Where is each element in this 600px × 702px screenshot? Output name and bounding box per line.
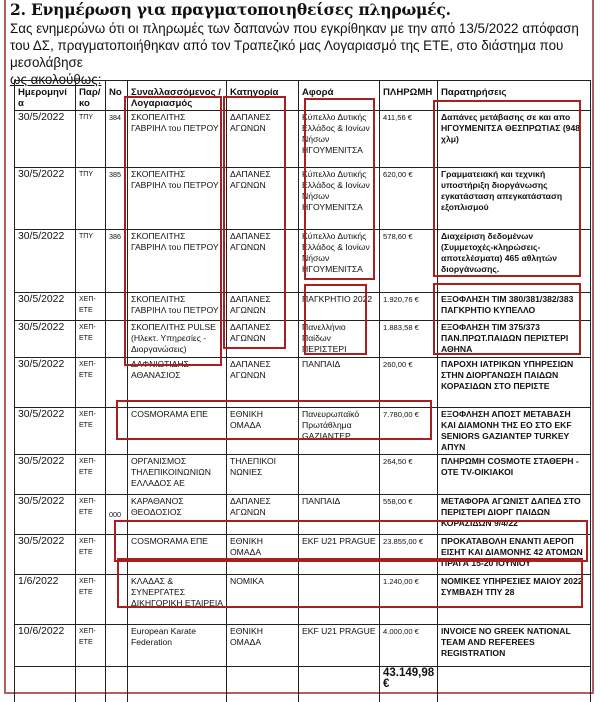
table-row: 30/5/2022ΤΠΥ384ΣΚΟΠΕΛΙΤΗΣ ΓΑΒΡΙΗΛ του ΠΕ… xyxy=(15,111,591,168)
category-cell: ΔΑΠΑΝΕΣ ΑΓΩΝΩΝ xyxy=(227,230,299,293)
table-header-row: Ημερομηνί α Παρ/ κο Νο Συναλλασσόμενος /… xyxy=(15,81,591,111)
par-cell: ΤΠΥ xyxy=(76,230,106,293)
category-cell: ΕΘΝΙΚΗ ΟΜΑΔΑ xyxy=(227,535,299,575)
amount-cell: 1.920,76 € xyxy=(380,293,438,321)
col-header-category: Κατηγορία xyxy=(227,81,299,111)
no-cell xyxy=(106,293,128,321)
par-cell: ΧΕΠ-ΕΤΕ xyxy=(76,455,106,495)
no-cell: 000 xyxy=(106,495,128,535)
col-header-regarding: Αφορά xyxy=(299,81,380,111)
date-cell: 30/5/2022 xyxy=(15,358,76,408)
party-cell: COSMORAMA ΕΠΕ xyxy=(128,535,227,575)
category-cell: ΕΘΝΙΚΗ ΟΜΑΔΑ xyxy=(227,625,299,667)
party-cell: COSMORAMA ΕΠΕ xyxy=(128,408,227,455)
par-cell: ΤΠΥ xyxy=(76,111,106,168)
total-row: 43.149,98 € xyxy=(15,667,591,702)
table-row: 30/5/2022ΧΕΠ-ΕΤΕΣΚΟΠΕΛΙΤΗΣ PULSE (Ηλεκτ.… xyxy=(15,321,591,358)
table-row: 30/5/2022ΧΕΠ-ΕΤΕΔΑΦΝΙΩΤΙΔΗΣ ΑΘΑΝΑΣΙΟΣΔΑΠ… xyxy=(15,358,591,408)
date-cell: 30/5/2022 xyxy=(15,321,76,358)
party-cell: ΣΚΟΠΕΛΙΤΗΣ ΓΑΒΡΙΗΛ του ΠΕΤΡΟΥ xyxy=(128,293,227,321)
amount-cell: 578,60 € xyxy=(380,230,438,293)
amount-cell: 23.855,00 € xyxy=(380,535,438,575)
remarks-cell: ΠΡΟΚΑΤΑΒΟΛΗ ΕΝΑΝΤΙ ΑΕΡΟΠ ΕΙΣΗΤ ΚΑΙ ΔΙΑΜΟ… xyxy=(438,535,591,575)
table-row: 30/5/2022ΧΕΠ-ΕΤΕΟΡΓΑΝΙΣΜΟΣ ΤΗΛΕΠΙΚΟΙΝΩΝΙ… xyxy=(15,455,591,495)
remarks-cell: ΕΞΟΦΛΗΣΗ ΑΠΟΣΤ ΜΕΤΑΒΑΣΗ ΚΑΙ ΔΙΑΜΟΝΗ ΤΗΣ … xyxy=(438,408,591,455)
party-cell: ΣΚΟΠΕΛΙΤΗΣ ΓΑΒΡΙΗΛ του ΠΕΤΡΟΥ xyxy=(128,111,227,168)
par-cell: ΧΕΠ-ΕΤΕ xyxy=(76,575,106,625)
regarding-cell: Πανευρωπαϊκό Πρωτάθλημα GAZIANTEP xyxy=(299,408,380,455)
date-cell: 30/5/2022 xyxy=(15,111,76,168)
amount-cell: 411,56 € xyxy=(380,111,438,168)
remarks-cell: ΕΞΟΦΛΗΣΗ ΤΙΜ 380/381/382/383 ΠΑΓΚΡΗΤΙΟ Κ… xyxy=(438,293,591,321)
date-cell: 30/5/2022 xyxy=(15,408,76,455)
col-header-amount: ΠΛΗΡΩΜΗ xyxy=(380,81,438,111)
no-cell: 384 xyxy=(106,111,128,168)
table-row: 10/6/2022ΧΕΠ-ΕΤΕEuropean Karate Federati… xyxy=(15,625,591,667)
regarding-cell xyxy=(299,455,380,495)
party-cell: ΟΡΓΑΝΙΣΜΟΣ ΤΗΛΕΠΙΚΟΙΝΩΝΙΩΝ ΕΛΛΑΔΟΣ ΑΕ xyxy=(128,455,227,495)
regarding-cell: ΠΑΝΠΑΙΔ xyxy=(299,495,380,535)
category-cell: ΔΑΠΑΝΕΣ ΑΓΩΝΩΝ xyxy=(227,168,299,230)
party-cell: European Karate Federation xyxy=(128,625,227,667)
no-cell xyxy=(106,408,128,455)
no-cell: 386 xyxy=(106,230,128,293)
total-amount: 43.149,98 € xyxy=(380,667,438,702)
remarks-cell: Δαπάνες μετάβασης σε και απο ΗΓΟΥΜΕΝΙΤΣΑ… xyxy=(438,111,591,168)
regarding-cell: EKF U21 PRAGUE xyxy=(299,535,380,575)
no-cell xyxy=(106,535,128,575)
date-cell: 1/6/2022 xyxy=(15,575,76,625)
table-row: 30/5/2022ΧΕΠ-ΕΤΕCOSMORAMA ΕΠΕΕΘΝΙΚΗ ΟΜΑΔ… xyxy=(15,535,591,575)
category-cell: ΔΑΠΑΝΕΣ ΑΓΩΝΩΝ xyxy=(227,321,299,358)
table-row: 1/6/2022ΧΕΠ-ΕΤΕΚΛΑΔΑΣ & ΣΥΝΕΡΓΑΤΕΣ ΔΙΚΗΓ… xyxy=(15,575,591,625)
table-row: 30/5/2022ΤΠΥ386ΣΚΟΠΕΛΙΤΗΣ ΓΑΒΡΙΗΛ του ΠΕ… xyxy=(15,230,591,293)
par-cell: ΧΕΠ-ΕΤΕ xyxy=(76,625,106,667)
regarding-cell xyxy=(299,575,380,625)
date-cell: 30/5/2022 xyxy=(15,168,76,230)
date-cell: 10/6/2022 xyxy=(15,625,76,667)
amount-cell: 264,50 € xyxy=(380,455,438,495)
regarding-cell: Κύπελλο Δυτικής Ελλάδος & Ιονίων Νήσων Η… xyxy=(299,230,380,293)
no-cell xyxy=(106,358,128,408)
amount-cell: 1.883,58 € xyxy=(380,321,438,358)
col-header-date: Ημερομηνί α xyxy=(15,81,76,111)
party-cell: ΚΛΑΔΑΣ & ΣΥΝΕΡΓΑΤΕΣ ΔΙΚΗΓΟΡΙΚΗ ΕΤΑΙΡΕΙΑ xyxy=(128,575,227,625)
no-cell: 385 xyxy=(106,168,128,230)
amount-cell: 1.240,00 € xyxy=(380,575,438,625)
amount-cell: 260,00 € xyxy=(380,358,438,408)
party-cell: ΣΚΟΠΕΛΙΤΗΣ ΓΑΒΡΙΗΛ του ΠΕΤΡΟΥ xyxy=(128,168,227,230)
party-cell: ΔΑΦΝΙΩΤΙΔΗΣ ΑΘΑΝΑΣΙΟΣ xyxy=(128,358,227,408)
col-header-no: Νο xyxy=(106,81,128,111)
remarks-cell: INVOICE NO GREEK NATIONAL TEAM AND REFER… xyxy=(438,625,591,667)
date-cell: 30/5/2022 xyxy=(15,535,76,575)
par-cell: ΧΕΠ-ΕΤΕ xyxy=(76,495,106,535)
category-cell: ΔΑΠΑΝΕΣ ΑΓΩΝΩΝ xyxy=(227,495,299,535)
col-header-remarks: Παρατηρήσεις xyxy=(438,81,591,111)
amount-cell: 620,00 € xyxy=(380,168,438,230)
date-cell: 30/5/2022 xyxy=(15,455,76,495)
payments-table: Ημερομηνί α Παρ/ κο Νο Συναλλασσόμενος /… xyxy=(14,80,591,702)
remarks-cell: Γραμματειακή και τεχνική υποστήριξη διορ… xyxy=(438,168,591,230)
remarks-cell: ΠΑΡΟΧΗ ΙΑΤΡΙΚΩΝ ΥΠΗΡΕΣΙΩΝ ΣΤΗΝ ΔΙΟΡΓΑΝΩΣ… xyxy=(438,358,591,408)
category-cell: ΝΟΜΙΚΑ xyxy=(227,575,299,625)
date-cell: 30/5/2022 xyxy=(15,495,76,535)
amount-cell: 7.780,00 € xyxy=(380,408,438,455)
par-cell: ΧΕΠ-ΕΤΕ xyxy=(76,408,106,455)
no-cell xyxy=(106,455,128,495)
remarks-cell: ΝΟΜΙΚΕΣ ΥΠΗΡΕΣΙΕΣ ΜΑΙΟΥ 2022 ΣΥΜΒΑΣΗ ΤΠΥ… xyxy=(438,575,591,625)
category-cell: ΕΘΝΙΚΗ ΟΜΑΔΑ xyxy=(227,408,299,455)
date-cell: 30/5/2022 xyxy=(15,230,76,293)
table-row: 30/5/2022ΧΕΠ-ΕΤΕ000ΚΑΡΑΘΑΝΟΣ ΘΕΟΔΟΣΙΟΣΔΑ… xyxy=(15,495,591,535)
category-cell: ΔΑΠΑΝΕΣ ΑΓΩΝΩΝ xyxy=(227,358,299,408)
regarding-cell: EKF U21 PRAGUE xyxy=(299,625,380,667)
party-cell: ΚΑΡΑΘΑΝΟΣ ΘΕΟΔΟΣΙΟΣ xyxy=(128,495,227,535)
par-cell: ΧΕΠ-ΕΤΕ xyxy=(76,293,106,321)
regarding-cell: ΠΑΓΚΡΗΤΙΟ 2022 xyxy=(299,293,380,321)
par-cell: ΤΠΥ xyxy=(76,168,106,230)
intro-paragraph: Σας ενημερώνω ότι οι πληρωμές των δαπανώ… xyxy=(10,20,590,88)
no-cell xyxy=(106,625,128,667)
par-cell: ΧΕΠ-ΕΤΕ xyxy=(76,535,106,575)
section-heading: 2. Ενημέρωση για πραγματοποιηθείσες πληρ… xyxy=(10,0,451,19)
regarding-cell: Πανελλήνιο Παίδων ΠΕΡΙΣΤΕΡΙ xyxy=(299,321,380,358)
category-cell: ΔΑΠΑΝΕΣ ΑΓΩΝΩΝ xyxy=(227,293,299,321)
intro-text: Σας ενημερώνω ότι οι πληρωμές των δαπανώ… xyxy=(10,21,579,70)
party-cell: ΣΚΟΠΕΛΙΤΗΣ PULSE (Ηλεκτ. Υπηρεσίες - Διο… xyxy=(128,321,227,358)
amount-cell: 558,00 € xyxy=(380,495,438,535)
par-cell: ΧΕΠ-ΕΤΕ xyxy=(76,321,106,358)
table-row: 30/5/2022ΧΕΠ-ΕΤΕΣΚΟΠΕΛΙΤΗΣ ΓΑΒΡΙΗΛ του Π… xyxy=(15,293,591,321)
table-row: 30/5/2022ΤΠΥ385ΣΚΟΠΕΛΙΤΗΣ ΓΑΒΡΙΗΛ του ΠΕ… xyxy=(15,168,591,230)
category-cell: ΤΗΛΕΠΙΚΟΙ ΝΩΝΙΕΣ xyxy=(227,455,299,495)
col-header-party: Συναλλασσόμενος / Λογαριασμός xyxy=(128,81,227,111)
date-cell: 30/5/2022 xyxy=(15,293,76,321)
remarks-cell: ΜΕΤΑΦΟΡΑ ΑΓΩΝΙΣΤ ΔΑΠΕΔ ΣΤΟ ΠΕΡΙΣΤΕΡΙ ΔΙΟ… xyxy=(438,495,591,535)
regarding-cell: ΠΑΝΠΑΙΔ xyxy=(299,358,380,408)
par-cell: ΧΕΠ-ΕΤΕ xyxy=(76,358,106,408)
no-cell xyxy=(106,575,128,625)
regarding-cell: Κύπελλο Δυτικής Ελλάδος & Ιονίων Νήσων Η… xyxy=(299,168,380,230)
amount-cell: 4.000,00 € xyxy=(380,625,438,667)
remarks-cell: Διαχείριση δεδομένων (Συμμετοχές-κληρώσε… xyxy=(438,230,591,293)
table-row: 30/5/2022ΧΕΠ-ΕΤΕCOSMORAMA ΕΠΕΕΘΝΙΚΗ ΟΜΑΔ… xyxy=(15,408,591,455)
category-cell: ΔΑΠΑΝΕΣ ΑΓΩΝΩΝ xyxy=(227,111,299,168)
regarding-cell: Κύπελλο Δυτικής Ελλάδος & Ιονίων Νήσων Η… xyxy=(299,111,380,168)
no-cell xyxy=(106,321,128,358)
col-header-par: Παρ/ κο xyxy=(76,81,106,111)
party-cell: ΣΚΟΠΕΛΙΤΗΣ ΓΑΒΡΙΗΛ του ΠΕΤΡΟΥ xyxy=(128,230,227,293)
remarks-cell: ΠΛΗΡΩΜΗ COSMOTE ΣΤΑΘΕΡΗ - ΟΤΕ TV-ΟΙΚΙΑΚΟ… xyxy=(438,455,591,495)
remarks-cell: ΕΞΟΦΛΗΣΗ ΤΙΜ 375/373 ΠΑΝ.ΠΡΩΤ.ΠΑΙΔΩΝ ΠΕΡ… xyxy=(438,321,591,358)
